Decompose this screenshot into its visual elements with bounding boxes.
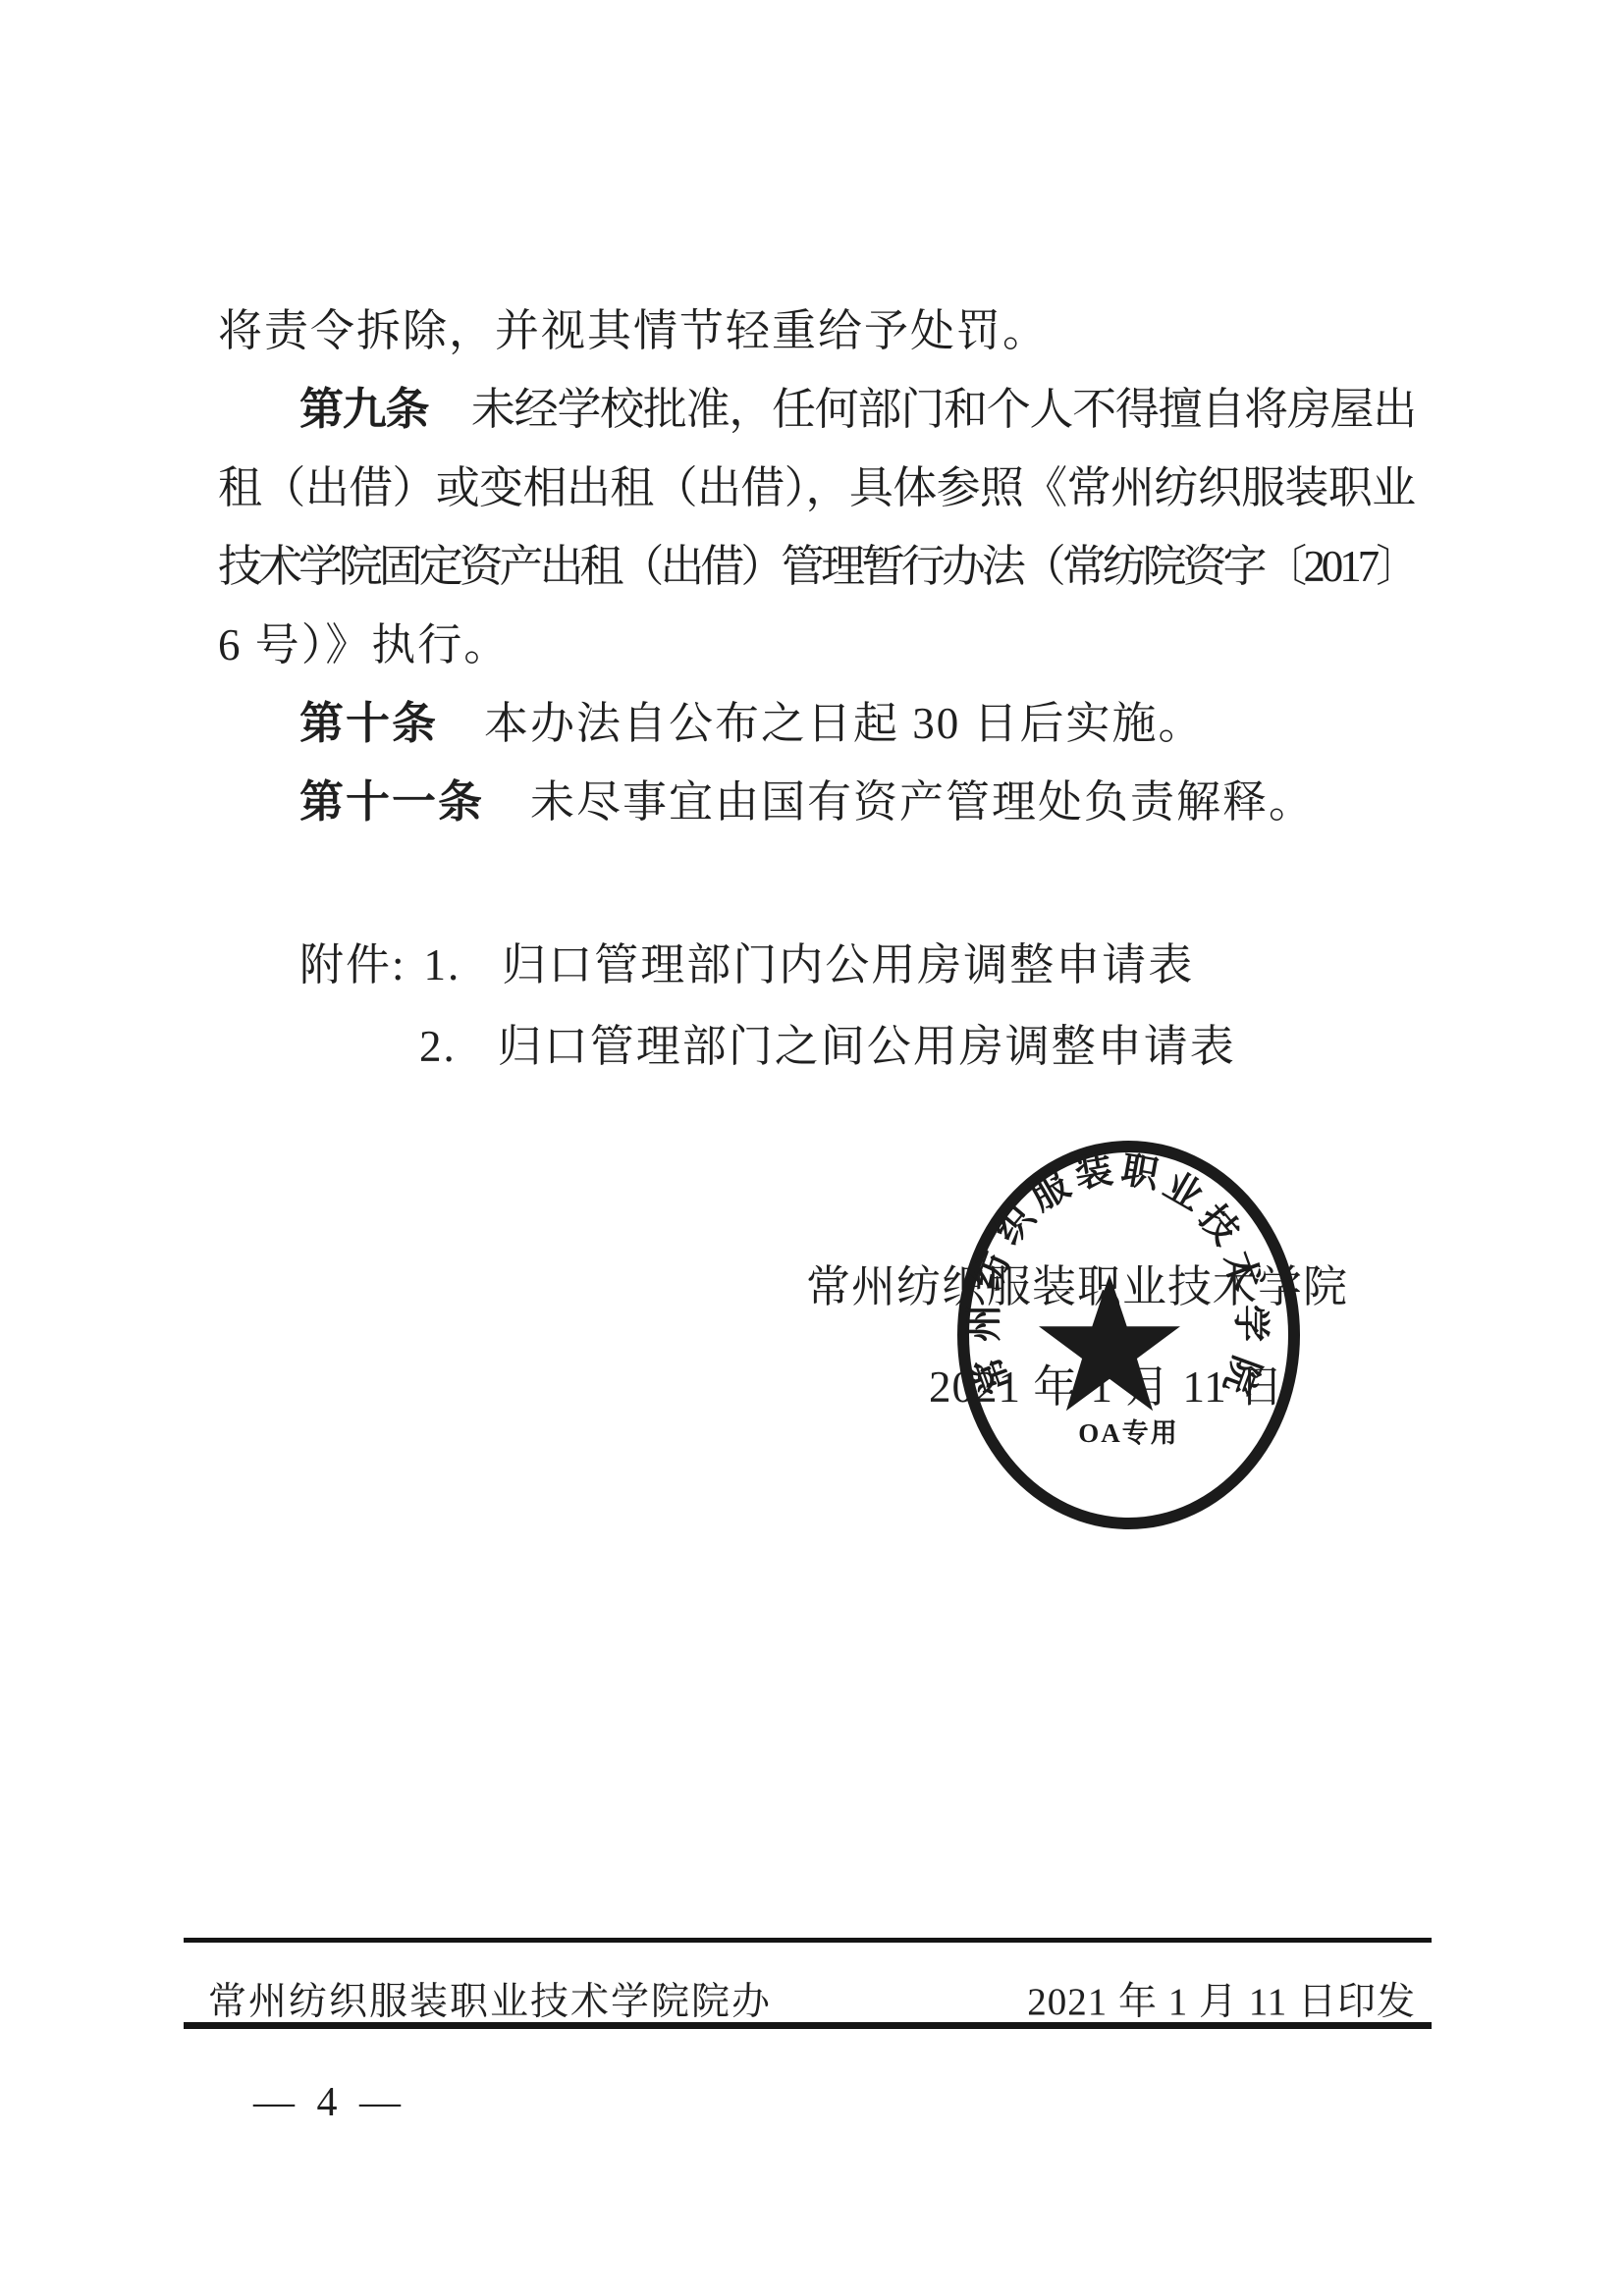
body-line-text: 租（出借）或变相出租（出借），具体参照《常州纺织服装职业 bbox=[218, 463, 1416, 512]
seal-ring-char: 业 bbox=[1157, 1164, 1211, 1218]
seal-ring-char: 服 bbox=[1024, 1164, 1078, 1218]
attachments-label: 附件: bbox=[299, 940, 406, 989]
seal-ring-char: 装 bbox=[1071, 1150, 1116, 1196]
body-line-text: 6 号）》执行。 bbox=[218, 620, 510, 669]
seal-ring-char: 职 bbox=[1117, 1150, 1163, 1196]
body-line-text: 将责令拆除，并视其情节轻重给予处罚。 bbox=[218, 306, 1049, 355]
seal-ring-char: 常 bbox=[967, 1350, 1017, 1400]
body-line-1: 将责令拆除，并视其情节轻重给予处罚。 bbox=[218, 292, 1416, 370]
attachment-title: 归口管理部门内公用房调整申请表 bbox=[502, 940, 1194, 989]
attachment-line-1: 附件:1.归口管理部门内公用房调整申请表 bbox=[218, 925, 1416, 1006]
article-9-label: 第九条 bbox=[299, 385, 428, 434]
footer-issuer: 常州纺织服装职业技术学院院办 bbox=[208, 1971, 772, 2026]
body-line-2: 第九条 未经学校批准，任何部门和个人不得擅自将房屋出 bbox=[218, 370, 1416, 449]
footer-rule-top bbox=[184, 1938, 1432, 1943]
official-seal: OA专用 常州纺织服装职业技术学院 bbox=[957, 1141, 1300, 1529]
body-line-4: 技术学院固定资产出租（出借）管理暂行办法（常纺院资字〔2017〕 bbox=[218, 527, 1416, 606]
document-page: 将责令拆除，并视其情节轻重给予处罚。 第九条 未经学校批准，任何部门和个人不得擅… bbox=[0, 0, 1624, 2296]
seal-ring-char: 州 bbox=[965, 1304, 1004, 1343]
body-text: 将责令拆除，并视其情节轻重给予处罚。 第九条 未经学校批准，任何部门和个人不得擅… bbox=[218, 292, 1416, 841]
body-line-text: 未尽事宜由国有资产管理处负责解释。 bbox=[484, 777, 1315, 827]
attachment-title: 归口管理部门之间公用房调整申请表 bbox=[498, 1022, 1236, 1071]
seal-ring-char: 纺 bbox=[967, 1246, 1017, 1296]
attachment-number: 1. bbox=[424, 940, 461, 989]
body-line-5: 6 号）》执行。 bbox=[218, 606, 1416, 684]
footer-rule-bottom bbox=[184, 2022, 1432, 2029]
body-line-6: 第十条 本办法自公布之日起 30 日后实施。 bbox=[218, 684, 1416, 763]
article-10-label: 第十条 bbox=[299, 699, 438, 748]
star-icon bbox=[1036, 1274, 1183, 1415]
body-line-text: 技术学院固定资产出租（出借）管理暂行办法（常纺院资字〔2017〕 bbox=[218, 542, 1416, 591]
body-line-text: 本办法自公布之日起 30 日后实施。 bbox=[438, 699, 1205, 748]
body-line-7: 第十一条 未尽事宜由国有资产管理处负责解释。 bbox=[218, 763, 1416, 841]
attachments: 附件:1.归口管理部门内公用房调整申请表 2.归口管理部门之间公用房调整申请表 bbox=[218, 925, 1416, 1088]
seal-ring-char: 学 bbox=[1230, 1304, 1270, 1343]
page-number: — 4 — bbox=[253, 2079, 406, 2126]
body-line-3: 租（出借）或变相出租（出借），具体参照《常州纺织服装职业 bbox=[218, 449, 1416, 527]
body-line-text: 未经学校批准，任何部门和个人不得擅自将房屋出 bbox=[428, 385, 1416, 434]
seal-ring-char: 院 bbox=[1217, 1350, 1267, 1400]
attachment-number: 2. bbox=[419, 1022, 457, 1071]
seal-ring-char: 术 bbox=[1217, 1246, 1267, 1296]
seal-ring-char: 技 bbox=[1191, 1198, 1246, 1253]
article-11-label: 第十一条 bbox=[299, 777, 484, 827]
seal-bottom-text: OA专用 bbox=[969, 1412, 1288, 1450]
attachment-line-2: 2.归口管理部门之间公用房调整申请表 bbox=[218, 1006, 1416, 1088]
footer-print-date: 2021 年 1 月 11 日印发 bbox=[1027, 1971, 1416, 2026]
seal-ring-char: 织 bbox=[988, 1198, 1043, 1253]
